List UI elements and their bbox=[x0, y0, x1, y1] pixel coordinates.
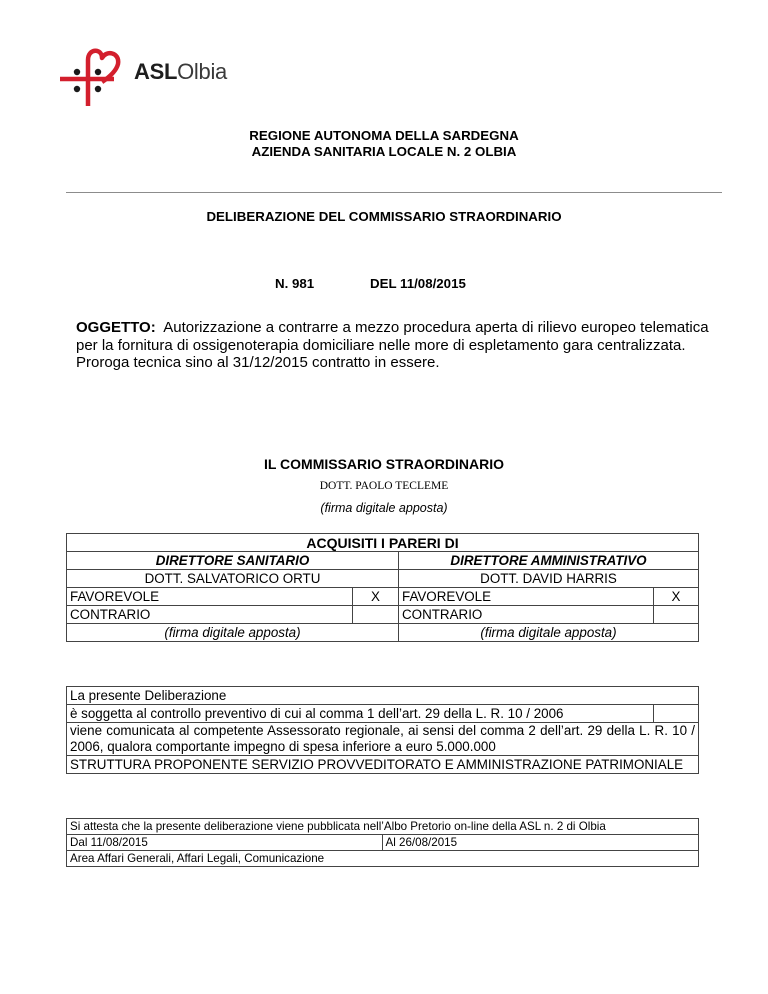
logo-text-regular: Olbia bbox=[177, 59, 227, 84]
right-signature: (firma digitale apposta) bbox=[399, 624, 699, 642]
deliberation-date: DEL 11/08/2015 bbox=[370, 276, 466, 292]
opinions-table: ACQUISITI I PARERI DI DIRETTORE SANITARI… bbox=[66, 533, 699, 642]
publication-to: Al 26/08/2015 bbox=[382, 835, 699, 851]
control-table: La presente Deliberazione è soggetta al … bbox=[66, 686, 699, 774]
logo-text-bold: ASL bbox=[134, 59, 177, 84]
left-signature: (firma digitale apposta) bbox=[67, 624, 399, 642]
publication-statement: Si attesta che la presente deliberazione… bbox=[67, 819, 699, 835]
document-title: DELIBERAZIONE DEL COMMISSARIO STRAORDINA… bbox=[0, 209, 768, 225]
deliberation-number: N. 981 bbox=[275, 276, 314, 292]
asl-olbia-logo: ASLOlbia bbox=[58, 46, 248, 108]
right-role: DIRETTORE AMMINISTRATIVO bbox=[399, 552, 699, 570]
region-name: REGIONE AUTONOMA DELLA SARDEGNA bbox=[0, 128, 768, 144]
subject-label: OGGETTO: bbox=[76, 319, 156, 336]
control-communication: viene comunicata al competente Assessora… bbox=[67, 723, 699, 756]
left-contrary-label: CONTRARIO bbox=[67, 606, 353, 624]
asl-heart-cross-logo-icon bbox=[58, 46, 130, 108]
left-role: DIRETTORE SANITARIO bbox=[67, 552, 399, 570]
opinions-heading: ACQUISITI I PARERI DI bbox=[67, 534, 699, 552]
publication-table: Si attesta che la presente deliberazione… bbox=[66, 818, 699, 867]
left-favorable-label: FAVOREVOLE bbox=[67, 588, 353, 606]
subject-text: Autorizzazione a contrarre a mezzo proce… bbox=[76, 319, 709, 371]
control-preventive-mark bbox=[654, 705, 699, 723]
control-preventive: è soggetta al controllo preventivo di cu… bbox=[67, 705, 654, 723]
control-intro: La presente Deliberazione bbox=[67, 687, 699, 705]
signatory-role: IL COMMISSARIO STRAORDINARIO bbox=[0, 456, 768, 472]
right-name: DOTT. DAVID HARRIS bbox=[399, 570, 699, 588]
right-favorable-label: FAVOREVOLE bbox=[399, 588, 654, 606]
proposing-structure-text: STRUTTURA PROPONENTE SERVIZIO PROVVEDITO… bbox=[70, 757, 695, 773]
left-favorable-mark: X bbox=[353, 588, 399, 606]
left-contrary-mark bbox=[353, 606, 399, 624]
left-name: DOTT. SALVATORICO ORTU bbox=[67, 570, 399, 588]
publication-from: Dal 11/08/2015 bbox=[67, 835, 383, 851]
right-favorable-mark: X bbox=[654, 588, 699, 606]
right-contrary-mark bbox=[654, 606, 699, 624]
logo-wordmark: ASLOlbia bbox=[134, 59, 227, 85]
agency-name: AZIENDA SANITARIA LOCALE N. 2 OLBIA bbox=[0, 144, 768, 160]
signatory-name: DOTT. PAOLO TECLEME bbox=[0, 480, 768, 492]
header-divider bbox=[66, 192, 722, 193]
right-contrary-label: CONTRARIO bbox=[399, 606, 654, 624]
proposing-structure: STRUTTURA PROPONENTE SERVIZIO PROVVEDITO… bbox=[67, 756, 699, 774]
signatory-signature: (firma digitale apposta) bbox=[0, 501, 768, 515]
subject-block: OGGETTO: Autorizzazione a contrarre a me… bbox=[76, 319, 716, 372]
publication-office: Area Affari Generali, Affari Legali, Com… bbox=[67, 851, 699, 867]
